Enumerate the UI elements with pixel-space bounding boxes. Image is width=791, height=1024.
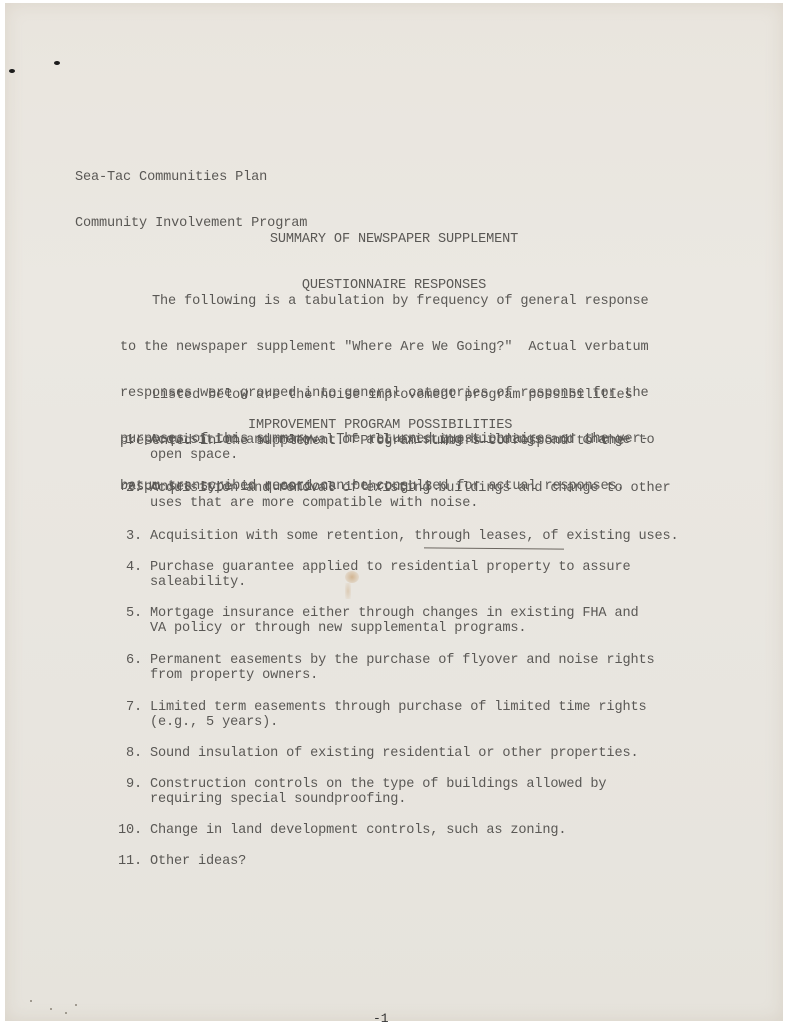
section-heading: IMPROVEMENT PROGRAM POSSIBILITIES [248, 418, 512, 433]
program-description: Acquisition with some retention, through… [150, 529, 679, 544]
description-line: Construction controls on the type of bui… [150, 777, 606, 792]
paragraph-line: The following is a tabulation by frequen… [120, 294, 649, 309]
program-description: Mortgage insurance either through change… [150, 606, 638, 637]
stain-mark [345, 583, 351, 599]
program-description: Other ideas? [150, 854, 246, 869]
program-number: 1. [110, 433, 142, 448]
program-description: Construction controls on the type of bui… [150, 777, 606, 808]
program-number: 3. [110, 529, 142, 544]
description-line: Limited term easements through purchase … [150, 700, 646, 715]
program-number: 8. [110, 746, 142, 761]
punch-mark [54, 61, 60, 65]
program-description: Acquisition and removal of all existing … [150, 433, 654, 464]
program-description: Sound insulation of existing residential… [150, 746, 638, 761]
paragraph-line: to the newspaper supplement "Where Are W… [120, 340, 649, 355]
document-page: Sea-Tac Communities Plan Community Invol… [5, 3, 783, 1021]
program-number: 7. [110, 700, 142, 715]
description-line: Purchase guarantee applied to residentia… [150, 560, 630, 575]
program-number: 2. [110, 481, 142, 496]
description-line: Acquisition with some retention, through… [150, 529, 679, 544]
program-description: Purchase guarantee applied to residentia… [150, 560, 630, 591]
description-line: Change in land development controls, suc… [150, 823, 566, 838]
description-line: (e.g., 5 years). [150, 715, 646, 730]
description-line: Acquisition and removal of existing buil… [150, 481, 671, 496]
program-number: 4. [110, 560, 142, 575]
description-line: Sound insulation of existing residential… [150, 746, 638, 761]
description-line: uses that are more compatible with noise… [150, 496, 671, 511]
program-description: Change in land development controls, suc… [150, 823, 566, 838]
description-line: from property owners. [150, 668, 654, 683]
description-line: saleability. [150, 575, 630, 590]
page-number: -1 [373, 1011, 389, 1024]
description-line: Mortgage insurance either through change… [150, 606, 638, 621]
paper-specks [25, 998, 85, 1018]
description-line: VA policy or through new supplemental pr… [150, 621, 638, 636]
header-line: Sea-Tac Communities Plan [75, 170, 307, 185]
paragraph-line: Listed below are the noise improvement p… [120, 388, 633, 403]
title-line: SUMMARY OF NEWSPAPER SUPPLEMENT [5, 232, 783, 247]
program-number: 11. [110, 854, 142, 869]
program-number: 5. [110, 606, 142, 621]
program-description: Limited term easements through purchase … [150, 700, 646, 731]
description-line: Acquisition and removal of all existing … [150, 433, 654, 448]
stain-mark [345, 571, 359, 583]
program-number: 9. [110, 777, 142, 792]
description-line: open space. [150, 448, 654, 463]
description-line: Other ideas? [150, 854, 246, 869]
description-line: Permanent easements by the purchase of f… [150, 653, 654, 668]
program-number: 10. [110, 823, 142, 838]
program-description: Permanent easements by the purchase of f… [150, 653, 654, 684]
handwritten-underline [424, 547, 564, 549]
program-number: 6. [110, 653, 142, 668]
description-line: requiring special soundproofing. [150, 792, 606, 807]
punch-mark [9, 69, 15, 73]
program-description: Acquisition and removal of existing buil… [150, 481, 671, 512]
